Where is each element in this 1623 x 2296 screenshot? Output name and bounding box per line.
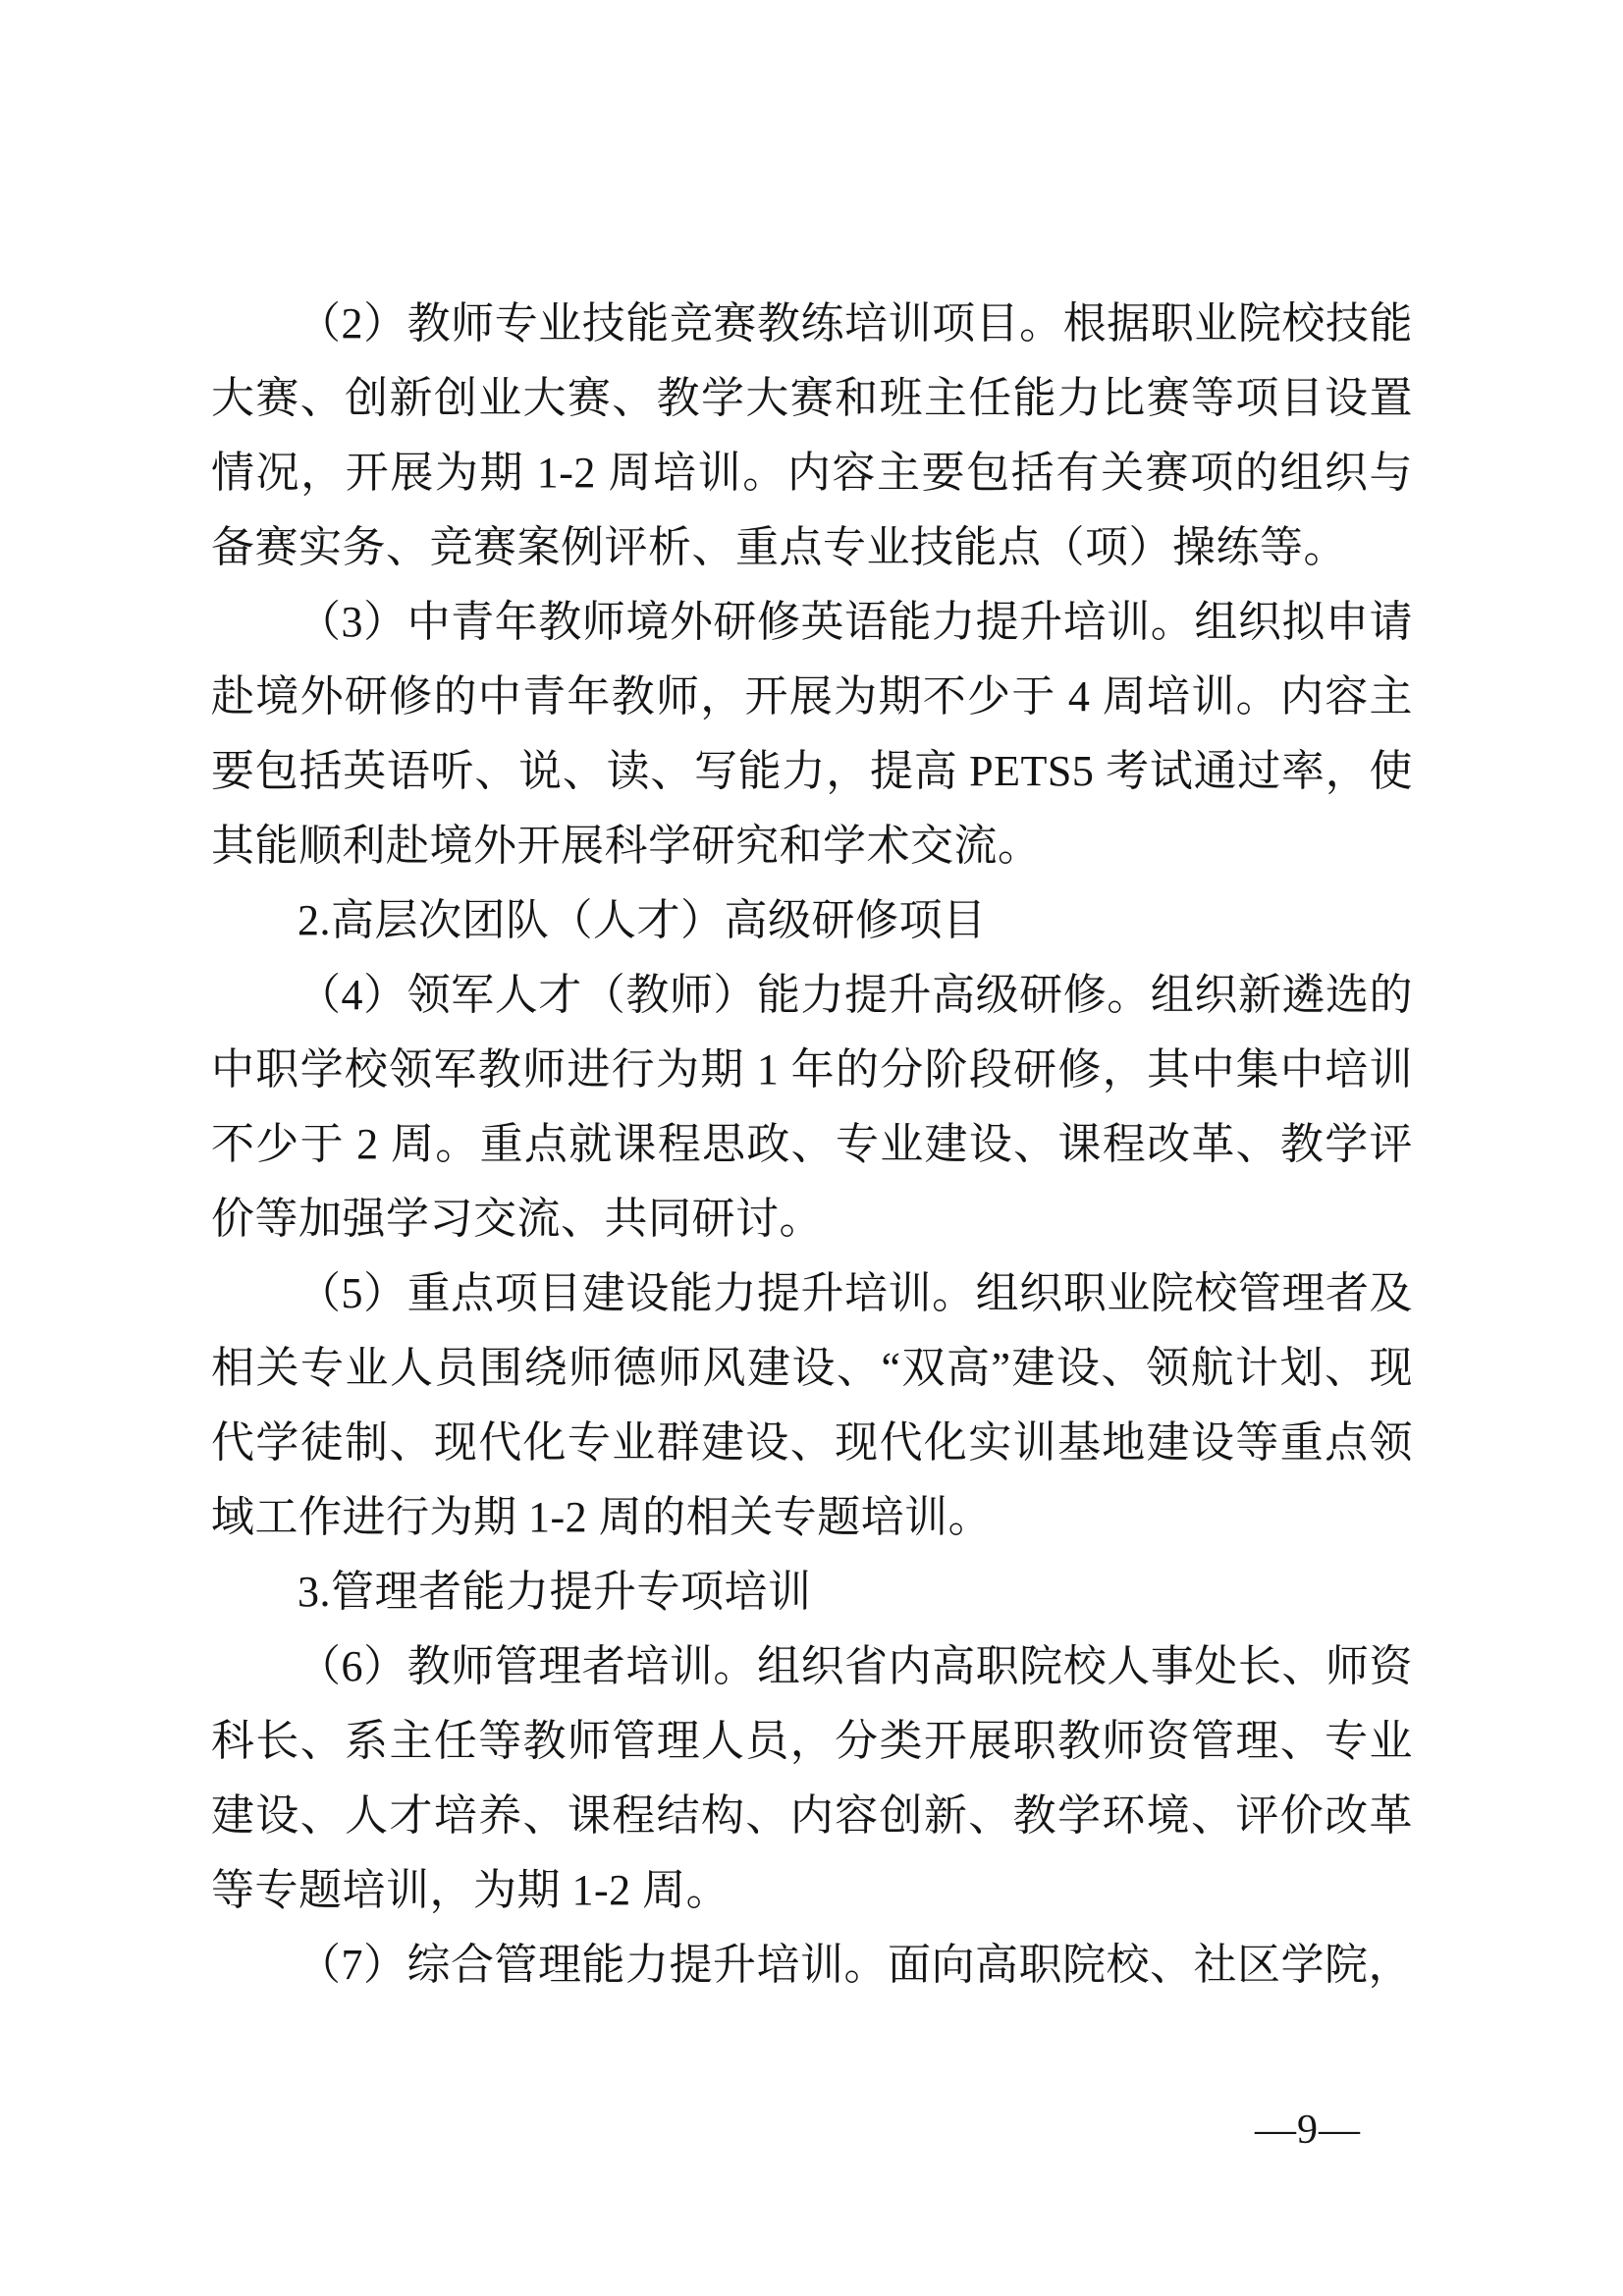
document-body: （2）教师专业技能竞赛教练培训项目。根据职业院校技能大赛、创新创业大赛、教学大赛… xyxy=(211,287,1413,2002)
section-heading: 3.管理者能力提升专项培训 xyxy=(211,1555,1413,1629)
section-heading: 2.高层次团队（人才）高级研修项目 xyxy=(211,883,1413,958)
page-number: —9— xyxy=(1255,2109,1361,2152)
paragraph: （4）领军人才（教师）能力提升高级研修。组织新遴选的中职学校领军教师进行为期 1… xyxy=(211,958,1413,1256)
paragraph: （2）教师专业技能竞赛教练培训项目。根据职业院校技能大赛、创新创业大赛、教学大赛… xyxy=(211,287,1413,585)
paragraph: （6）教师管理者培训。组织省内高职院校人事处长、师资科长、系主任等教师管理人员，… xyxy=(211,1629,1413,1928)
paragraph: （3）中青年教师境外研修英语能力提升培训。组织拟申请赴境外研修的中青年教师，开展… xyxy=(211,585,1413,883)
document-page: （2）教师专业技能竞赛教练培训项目。根据职业院校技能大赛、创新创业大赛、教学大赛… xyxy=(0,0,1623,2296)
paragraph: （7）综合管理能力提升培训。面向高职院校、社区学院， xyxy=(211,1928,1413,2002)
paragraph: （5）重点项目建设能力提升培训。组织职业院校管理者及相关专业人员围绕师德师风建设… xyxy=(211,1256,1413,1555)
